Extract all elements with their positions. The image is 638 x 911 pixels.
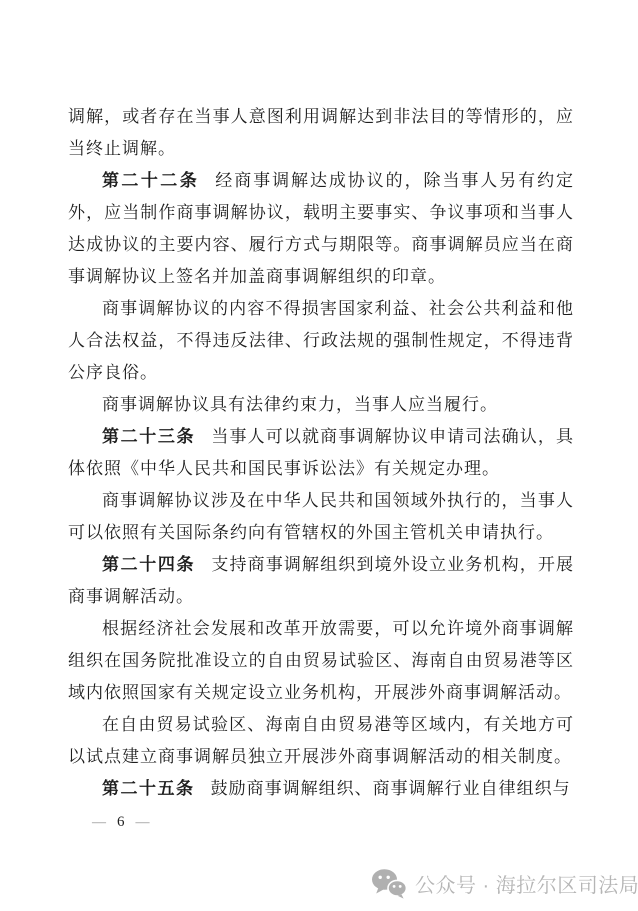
paragraph-text: 商事调解协议涉及在中华人民共和国领域外执行的，当事人可以依照有关国际条约向有管辖… xyxy=(68,491,574,542)
paragraph-text: 在自由贸易试验区、海南自由贸易港等区域内，有关地方可以试点建立商事调解员独立开展… xyxy=(68,715,574,766)
wechat-icon xyxy=(371,868,407,899)
wechat-footer: 公众号 · 海拉尔区司法局 xyxy=(371,868,638,899)
document-body: 调解，或者存在当事人意图利用调解达到非法目的等情形的，应当终止调解。 第二十二条… xyxy=(68,101,574,805)
article-number: 第二十二条 xyxy=(102,171,199,190)
paragraph: 根据经济社会发展和改革开放需要，可以允许境外商事调解组织在国务院批准设立的自由贸… xyxy=(68,613,574,709)
paragraph: 在自由贸易试验区、海南自由贸易港等区域内，有关地方可以试点建立商事调解员独立开展… xyxy=(68,709,574,773)
paragraph: 调解，或者存在当事人意图利用调解达到非法目的等情形的，应当终止调解。 xyxy=(68,101,574,165)
paragraph-text: 鼓励商事调解组织、商事调解行业自律组织与 xyxy=(211,779,571,798)
page-number-dash-right: — xyxy=(136,815,150,831)
article-number: 第二十三条 xyxy=(102,427,195,446)
page-number-dash-left: — xyxy=(92,815,106,831)
paragraph-text: 根据经济社会发展和改革开放需要，可以允许境外商事调解组织在国务院批准设立的自由贸… xyxy=(68,619,574,702)
article-number: 第二十五条 xyxy=(102,779,195,798)
paragraph: 第二十四条支持商事调解组织到境外设立业务机构，开展商事调解活动。 xyxy=(68,549,574,613)
paragraph-text: 商事调解协议具有法律约束力，当事人应当履行。 xyxy=(102,395,498,414)
paragraph: 第二十五条鼓励商事调解组织、商事调解行业自律组织与 xyxy=(68,773,574,805)
paragraph-text: 调解，或者存在当事人意图利用调解达到非法目的等情形的，应当终止调解。 xyxy=(68,107,574,158)
paragraph: 商事调解协议的内容不得损害国家利益、社会公共利益和他人合法权益，不得违反法律、行… xyxy=(68,293,574,389)
page-number-value: 6 xyxy=(117,814,125,831)
wechat-account-label: 公众号 · 海拉尔区司法局 xyxy=(415,869,638,898)
document-page: 调解，或者存在当事人意图利用调解达到非法目的等情形的，应当终止调解。 第二十二条… xyxy=(0,0,638,911)
paragraph: 商事调解协议涉及在中华人民共和国领域外执行的，当事人可以依照有关国际条约向有管辖… xyxy=(68,485,574,549)
paragraph-text: 商事调解协议的内容不得损害国家利益、社会公共利益和他人合法权益，不得违反法律、行… xyxy=(68,299,574,382)
paragraph: 第二十三条当事人可以就商事调解协议申请司法确认，具体依照《中华人民共和国民事诉讼… xyxy=(68,421,574,485)
page-number: — 6 — xyxy=(92,814,150,831)
paragraph: 第二十二条经商事调解达成协议的，除当事人另有约定外，应当制作商事调解协议，载明主… xyxy=(68,165,574,293)
article-number: 第二十四条 xyxy=(102,555,195,574)
paragraph: 商事调解协议具有法律约束力，当事人应当履行。 xyxy=(68,389,574,421)
